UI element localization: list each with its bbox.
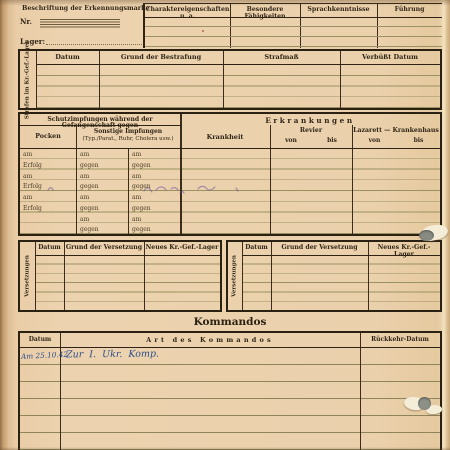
traits-table: Charaktereigenschaften u. a. Besondere F…	[145, 3, 442, 48]
bis-label: bis	[327, 137, 337, 144]
vacc-cell: am	[132, 151, 141, 158]
ink-speck	[202, 30, 204, 32]
transfers-header-line	[35, 255, 220, 256]
lager-dotted-line	[46, 44, 142, 45]
vaccinations-col-pocken: Pocken	[20, 134, 76, 141]
vacc-cell: gegen	[80, 226, 99, 233]
traits-col-charakter: Charaktereigenschaften u. a.	[145, 7, 230, 20]
transfers-col-neues-lager: Neues Kr.-Gef.-Lager	[368, 245, 440, 258]
kommandos-table: Datum Art des Kommandos Rückkehr-Datum A…	[18, 331, 442, 450]
vacc-cell: am	[23, 151, 32, 158]
punishments-header-line	[36, 64, 440, 65]
nr-label: Nr.	[20, 17, 32, 26]
transfers-col-datum: Datum	[242, 245, 271, 251]
revier-von-bis: von bis	[270, 137, 352, 144]
hole	[419, 230, 434, 241]
punch-hole-top	[414, 225, 448, 247]
kommandos-col-rueckkehr: Rückkehr-Datum	[360, 337, 440, 343]
bis-label: bis	[414, 137, 424, 144]
id-tag-title: Beschriftung der Erkennungsmarke	[22, 5, 149, 12]
punishments-col-strafmass: Strafmaß	[223, 54, 340, 61]
rule-line	[145, 36, 442, 37]
rule-lines	[36, 65, 440, 108]
transfers-col-divider	[35, 242, 36, 310]
vacc-cell: gegen	[132, 205, 151, 212]
rule-line	[145, 26, 442, 27]
traits-header-line	[145, 17, 442, 18]
vacc-cell: gegen	[80, 205, 99, 212]
punch-hole-bottom	[404, 393, 444, 417]
traits-col-faehigkeiten: Besondere Fähigkeiten	[230, 7, 300, 20]
illnesses-col-revier: Revier	[270, 128, 352, 135]
pow-record-card-page: Beschriftung der Erkennungsmarke Nr. Lag…	[0, 0, 450, 450]
punishments-table: Strafen im Kr.-Gef.-Lager Datum Grund de…	[18, 49, 442, 110]
vacc-cell: am	[80, 216, 89, 223]
transfers-side-label: Versetzungen	[24, 255, 31, 297]
vacc-cell: Erfolg	[23, 162, 42, 169]
nr-ruled-lines	[40, 19, 120, 28]
hole	[418, 397, 431, 410]
vacc-cell: am	[23, 173, 32, 180]
kommandos-entry-art: Zur I. Ukr. Komp.	[66, 349, 159, 361]
subheader-line	[20, 148, 440, 149]
id-tag-block: Beschriftung der Erkennungsmarke Nr. Lag…	[18, 4, 142, 48]
transfers-table-right: Versetzungen Datum Grund der Versetzung …	[226, 240, 442, 312]
transfers-col-grund: Grund der Versetzung	[64, 245, 144, 252]
transfers-col-neues-lager: Neues Kr.-Gef.-Lager	[144, 245, 220, 252]
vacc-cell: gegen	[80, 162, 99, 169]
punishments-side-label: Strafen im Kr.-Gef.-Lager	[25, 40, 32, 118]
ink-smudge	[40, 176, 320, 200]
kommandos-header-line	[20, 347, 440, 348]
punishments-col-verbuesst: Verbüßt Datum	[340, 54, 440, 61]
transfers-col-grund: Grund der Versetzung	[271, 245, 368, 252]
illnesses-col-lazarett: Lazarett — Krankenhaus	[352, 128, 440, 135]
rule-lines	[35, 255, 220, 311]
von-label: von	[369, 137, 381, 144]
punishments-col-grund: Grund der Bestrafung	[99, 54, 223, 61]
kommandos-col-datum: Datum	[20, 337, 60, 343]
vacc-cell: Erfolg	[23, 205, 42, 212]
transfers-col-divider	[242, 242, 243, 310]
transfers-col-datum: Datum	[35, 245, 64, 251]
kommandos-title: Kommandos	[18, 316, 442, 328]
transfers-col-divider	[271, 242, 272, 310]
illnesses-title: Erkrankungen	[180, 117, 440, 125]
kommandos-col-art: Art des Kommandos	[60, 337, 360, 344]
transfers-side-label: Versetzungen	[232, 255, 239, 297]
rule-lines	[20, 348, 440, 450]
transfers-table-left: Versetzungen Datum Grund der Versetzung …	[18, 240, 222, 312]
lazarett-von-bis: von bis	[352, 137, 440, 144]
vacc-cell: gegen	[132, 162, 151, 169]
vacc-cell: am	[80, 151, 89, 158]
block-divider	[180, 114, 182, 234]
vaccinations-illnesses-table: Schutzimpfungen während der Gefangenscha…	[18, 112, 442, 236]
illnesses-col-krankheit: Krankheit	[180, 134, 270, 141]
traits-col-sprachkenntnisse: Sprachkenntnisse	[300, 7, 377, 14]
transfers-col-divider	[64, 242, 65, 310]
vacc-cell: am	[23, 194, 32, 201]
vaccinations-col-sonstige-detail: (Typ./Parat., Ruhr, Cholera usw.)	[76, 137, 180, 143]
transfers-col-divider	[144, 242, 145, 310]
vacc-cell: gegen	[132, 226, 151, 233]
kommandos-col-divider	[360, 333, 361, 450]
traits-col-fuehrung: Führung	[377, 7, 442, 14]
vacc-cell: am	[132, 216, 141, 223]
von-label: von	[285, 137, 297, 144]
vaccinations-col-sonstige: Sonstige Impfungen	[76, 129, 180, 135]
punishments-col-datum: Datum	[36, 54, 99, 61]
rule-line	[145, 46, 442, 47]
